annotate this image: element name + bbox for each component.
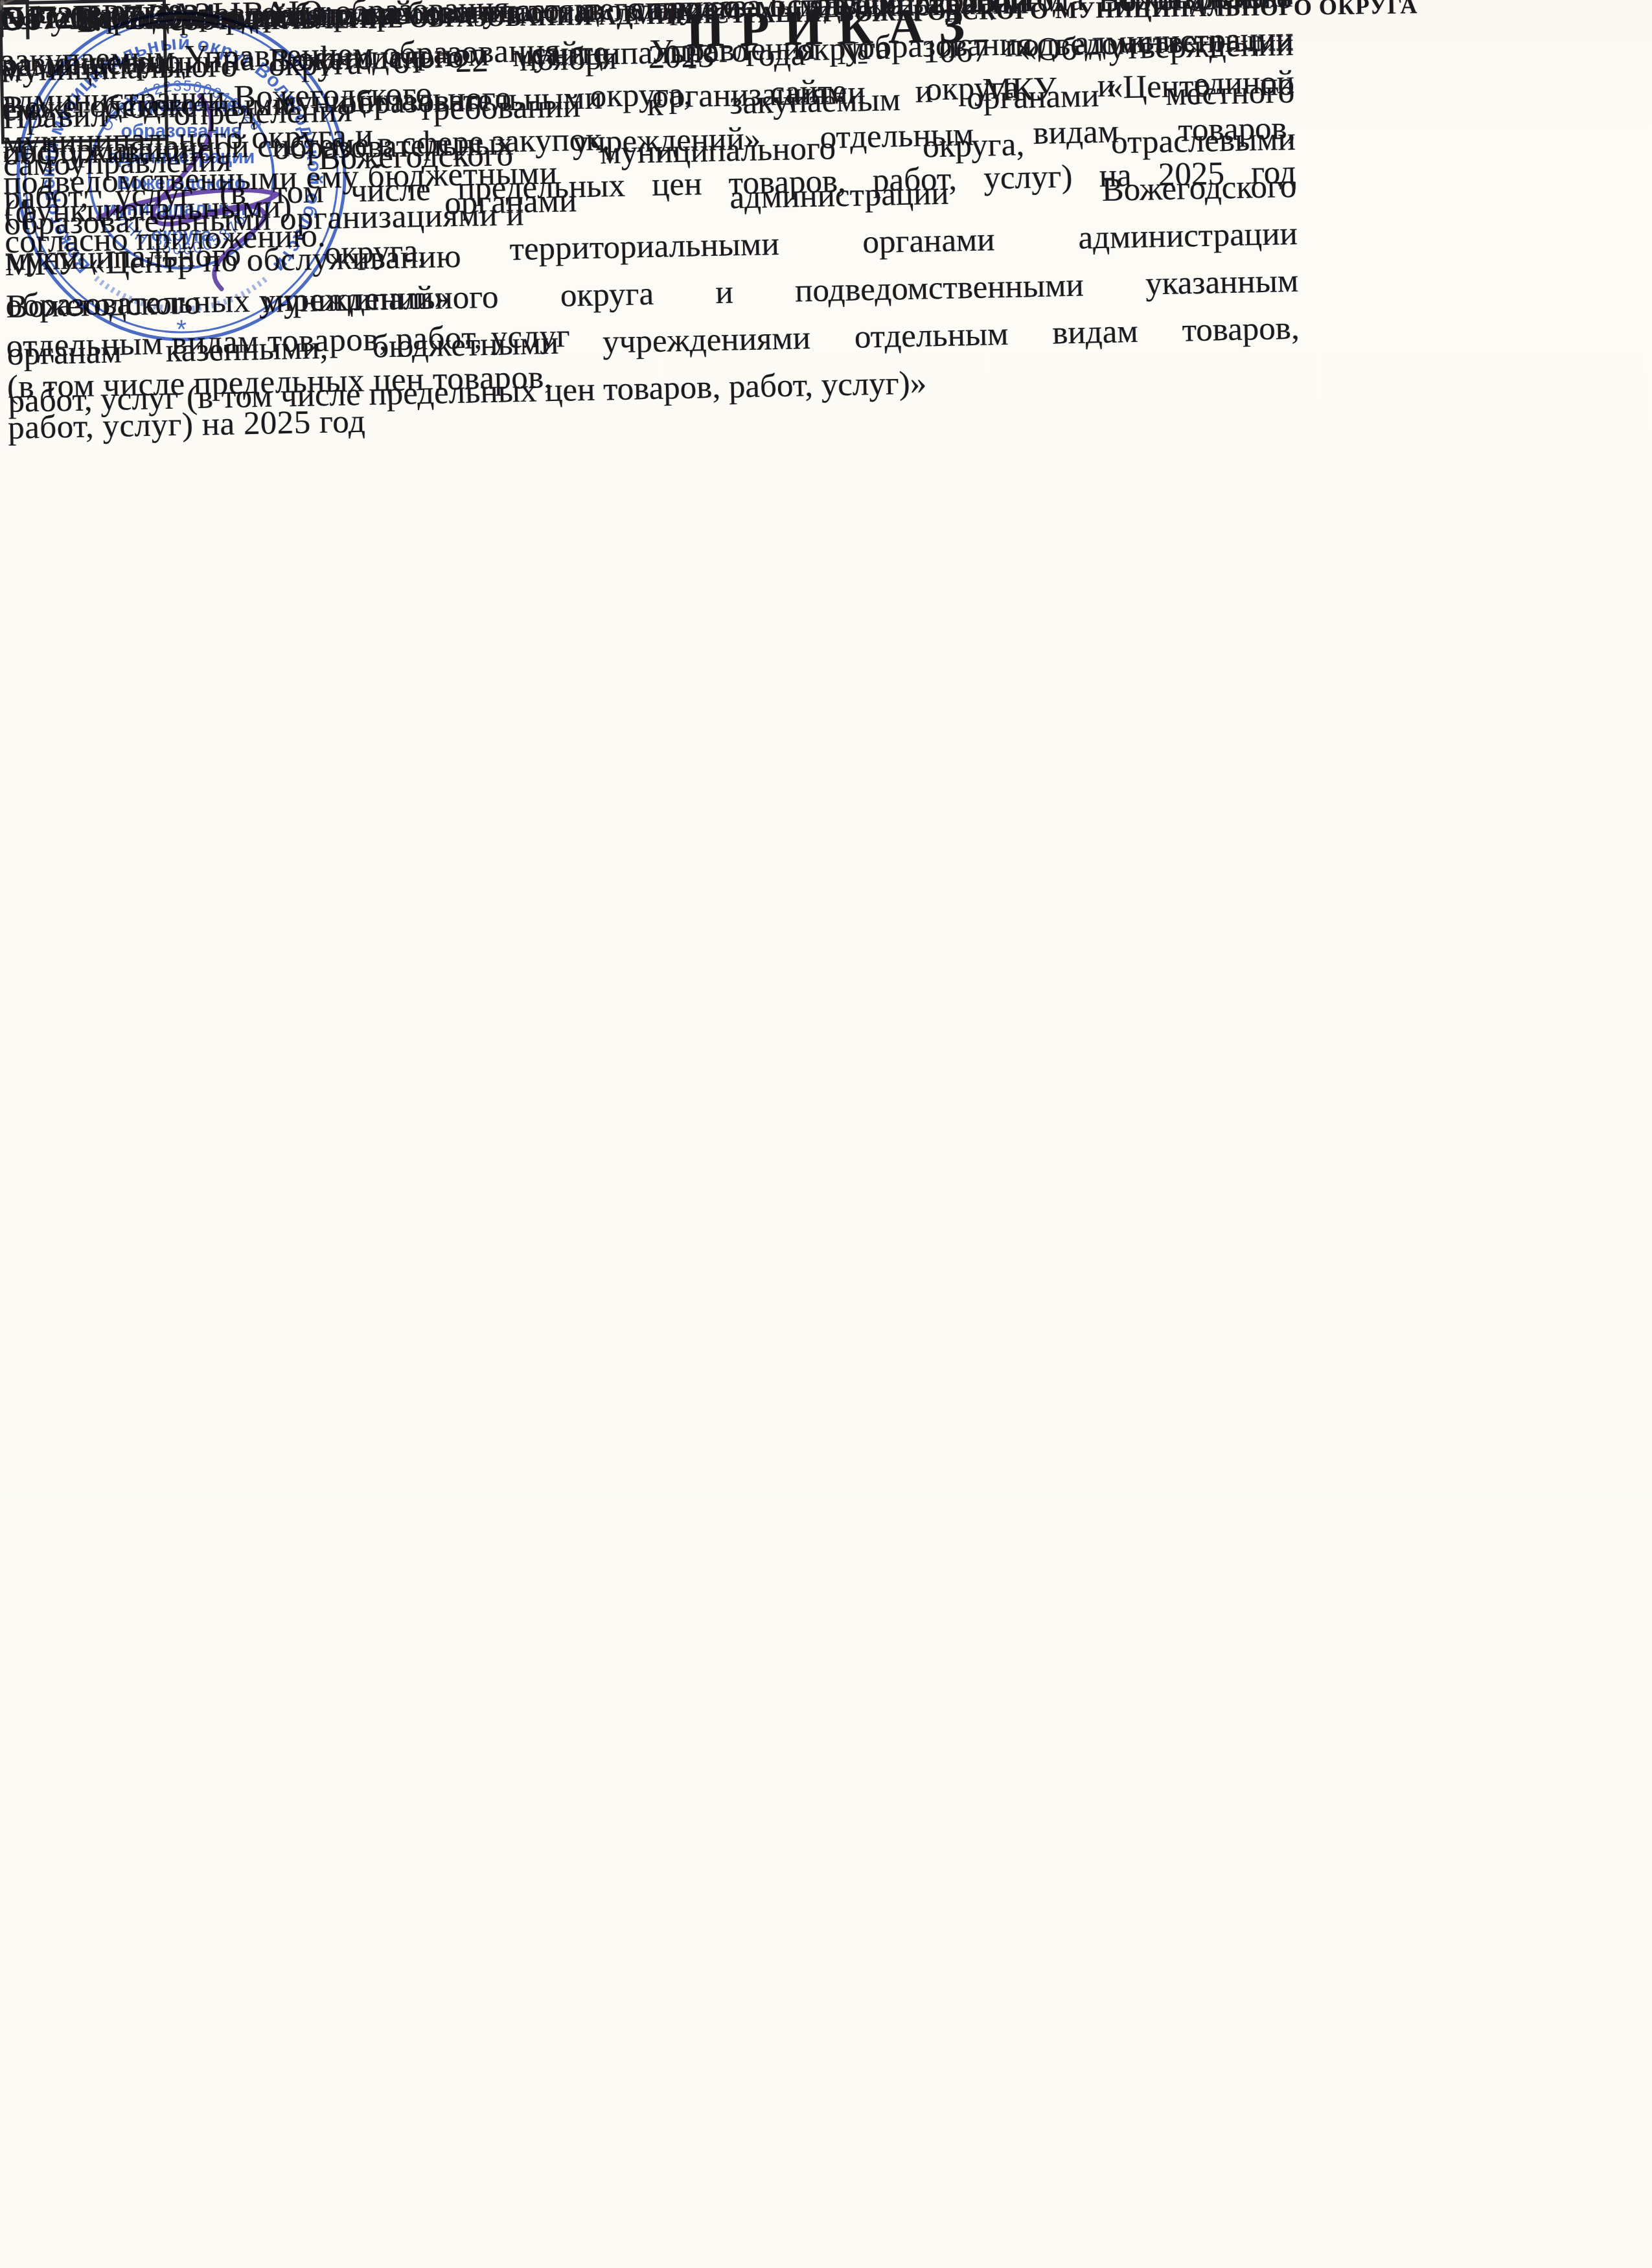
- stamp-center-line: администрации: [108, 147, 255, 168]
- stamp-microtext-arc: [96, 278, 267, 309]
- stamp-star: *: [176, 315, 187, 344]
- stamp-center-line: округа: [151, 225, 212, 246]
- stamp-center-line: Управление: [126, 95, 236, 116]
- official-stamp: Вожегодский муниципальный округ Вологодс…: [0, 0, 363, 353]
- stamp-center-line: образования: [120, 121, 242, 142]
- document-page: УПРАВЛЕНИЕ ОБРАЗОВАНИЯ АДМИНИСТРАЦИИ ВОЖ…: [0, 0, 1652, 2268]
